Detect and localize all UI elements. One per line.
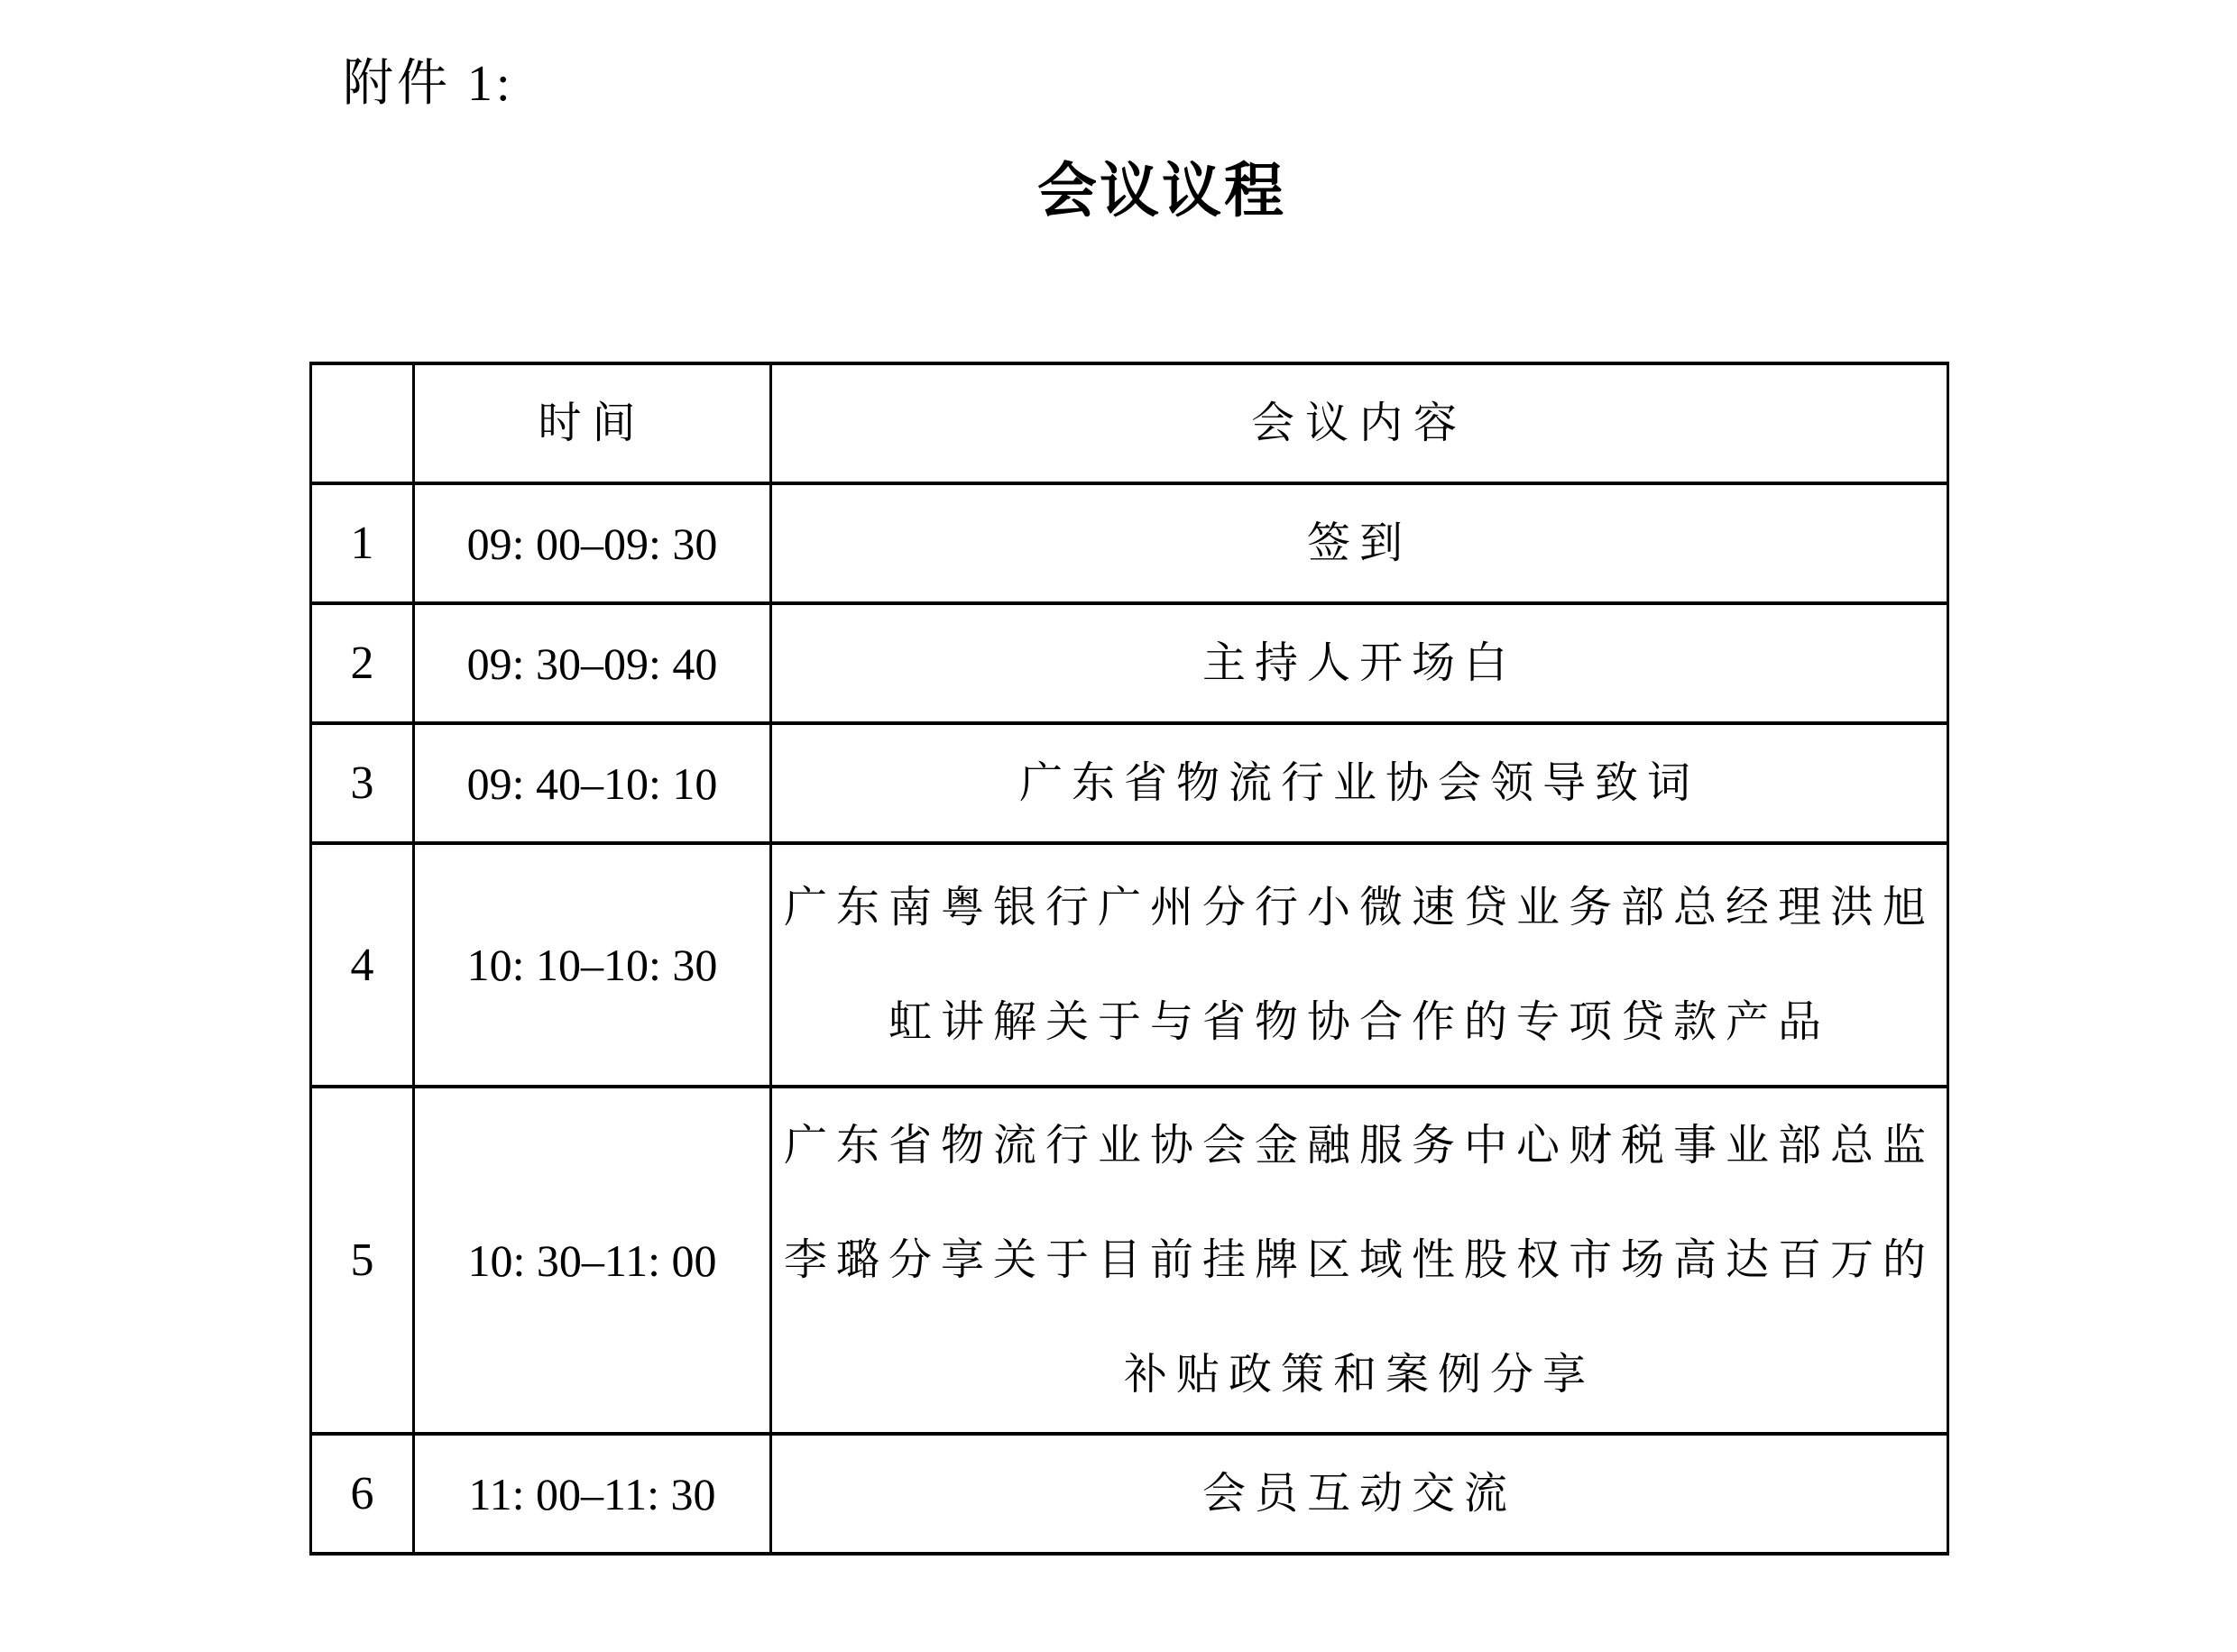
row-index-cell: 6: [311, 1434, 414, 1554]
row-time-cell: 09: 30–09: 40: [414, 603, 771, 723]
table-row: 1 09: 00–09: 30 签到: [311, 483, 1948, 603]
table-row: 5 10: 30–11: 00 广东省物流行业协会金融服务中心财税事业部总监李璐…: [311, 1087, 1948, 1434]
header-index-cell: [311, 363, 414, 483]
header-time-cell: 时间: [414, 363, 771, 483]
table-header-row: 时间 会议内容: [311, 363, 1948, 483]
row-time-cell: 10: 30–11: 00: [414, 1087, 771, 1434]
page-title: 会议议程: [1037, 142, 1286, 228]
row-content-cell: 主持人开场白: [771, 603, 1948, 723]
row-content-cell: 签到: [771, 483, 1948, 603]
table-row: 3 09: 40–10: 10 广东省物流行业协会领导致词: [311, 723, 1948, 843]
row-content-cell: 广东南粤银行广州分行小微速贷业务部总经理洪旭虹讲解关于与省物协合作的专项贷款产品: [771, 843, 1948, 1087]
row-content-cell: 广东省物流行业协会领导致词: [771, 723, 1948, 843]
table-row: 6 11: 00–11: 30 会员互动交流: [311, 1434, 1948, 1554]
header-content-cell: 会议内容: [771, 363, 1948, 483]
row-index-cell: 1: [311, 483, 414, 603]
attachment-label: 附件 1:: [343, 43, 514, 115]
row-content-cell: 广东省物流行业协会金融服务中心财税事业部总监李璐分享关于目前挂牌区域性股权市场高…: [771, 1087, 1948, 1434]
row-content-cell: 会员互动交流: [771, 1434, 1948, 1554]
row-index-cell: 3: [311, 723, 414, 843]
table-row: 4 10: 10–10: 30 广东南粤银行广州分行小微速贷业务部总经理洪旭虹讲…: [311, 843, 1948, 1087]
row-index-cell: 4: [311, 843, 414, 1087]
row-index-cell: 5: [311, 1087, 414, 1434]
row-time-cell: 09: 40–10: 10: [414, 723, 771, 843]
row-index-cell: 2: [311, 603, 414, 723]
row-time-cell: 09: 00–09: 30: [414, 483, 771, 603]
table-row: 2 09: 30–09: 40 主持人开场白: [311, 603, 1948, 723]
row-time-cell: 10: 10–10: 30: [414, 843, 771, 1087]
agenda-table: 时间 会议内容 1 09: 00–09: 30 签到 2 09: 30–09: …: [309, 362, 1949, 1556]
row-time-cell: 11: 00–11: 30: [414, 1434, 771, 1554]
